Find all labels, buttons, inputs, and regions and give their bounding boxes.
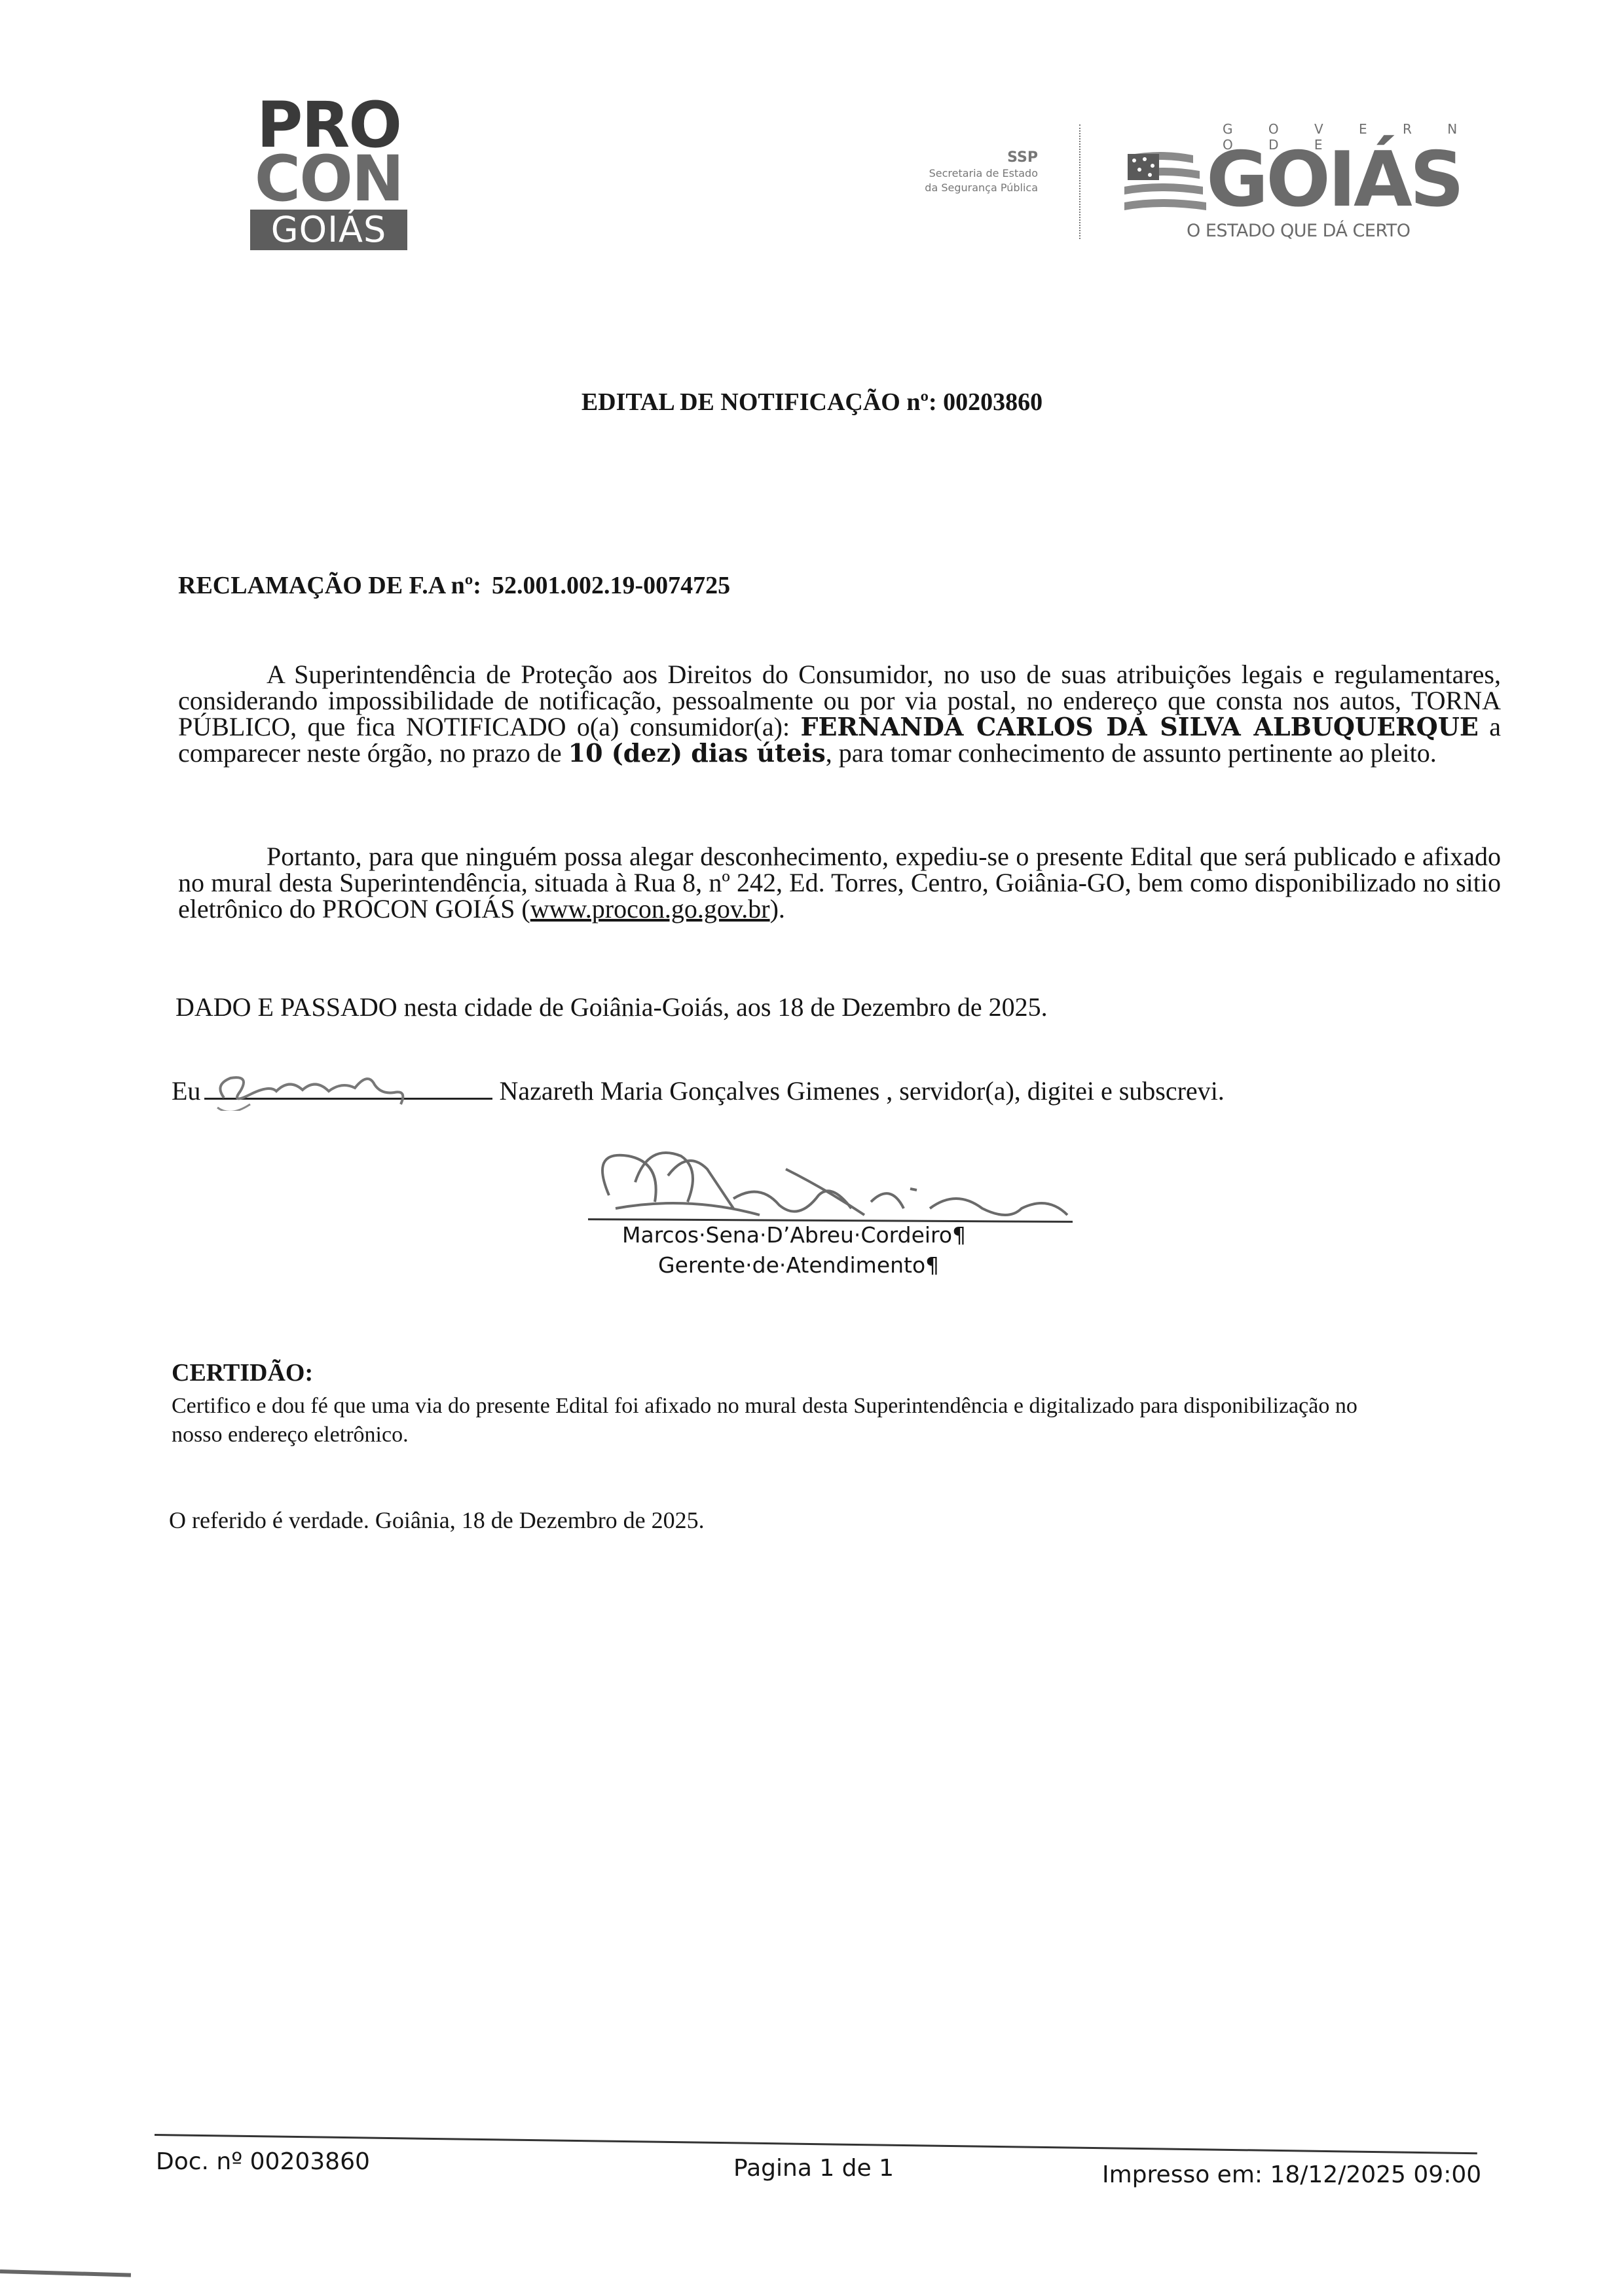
reclamacao-label: RECLAMAÇÃO DE F.A nº: xyxy=(178,572,481,599)
signatory-role: Gerente·de·Atendimento¶ xyxy=(658,1252,939,1278)
footer-printed-date: Impresso em: 18/12/2025 09:00 xyxy=(1102,2161,1481,2188)
paragraph2-end: ). xyxy=(770,894,785,924)
reclamacao-number: 52.001.002.19-0074725 xyxy=(492,572,730,599)
certidao-text: Certifico e dou fé que uma via do presen… xyxy=(172,1392,1403,1449)
certidao-title: CERTIDÃO: xyxy=(172,1358,313,1387)
goias-flag-icon xyxy=(1121,149,1219,221)
procon-goias-logo: PRO CON GOIÁS xyxy=(250,98,407,250)
consumer-name: FERNANDA CARLOS DA SILVA ALBUQUERQUE xyxy=(800,712,1478,741)
ssp-logo: SSP Secretaria de Estado da Segurança Pú… xyxy=(891,149,1038,195)
signatory-name: Marcos·Sena·D’Abreu·Cordeiro¶ xyxy=(622,1222,966,1248)
deadline: 10 (dez) dias úteis xyxy=(568,738,826,768)
goias-slogan: O ESTADO QUE DÁ CERTO xyxy=(1187,221,1411,241)
notification-paragraph: A Superintendência de Proteção aos Direi… xyxy=(178,662,1501,766)
ssp-abbr: SSP xyxy=(891,149,1038,166)
procon-logo-band: GOIÁS xyxy=(250,210,407,250)
certidao-closing: O referido é verdade. Goiânia, 18 de Dez… xyxy=(169,1506,705,1534)
reclamacao-line: RECLAMAÇÃO DE F.A nº:52.001.002.19-00747… xyxy=(178,571,730,600)
governo-goias-logo: G O V E R N O D E GOIÁS O ESTADO QUE DÁ … xyxy=(1121,121,1475,252)
manager-signature-icon xyxy=(589,1143,1087,1222)
paragraph1-end: , para tomar conhecimento de assunto per… xyxy=(826,738,1437,768)
procon-website-link[interactable]: www.procon.go.gov.br xyxy=(530,894,770,924)
dado-passado-line: DADO E PASSADO nesta cidade de Goiânia-G… xyxy=(175,992,1048,1022)
procon-logo-line2: CON xyxy=(250,152,407,206)
scan-artifact xyxy=(0,2269,131,2277)
logo-divider xyxy=(1079,124,1080,239)
eu-prefix: Eu xyxy=(172,1076,200,1106)
clerk-statement: Nazareth Maria Gonçalves Gimenes , servi… xyxy=(499,1076,1224,1106)
clerk-signature-icon xyxy=(211,1058,427,1111)
ssp-line2: da Segurança Pública xyxy=(891,181,1038,195)
goias-wordmark: GOIÁS xyxy=(1206,136,1462,224)
paragraph2-text: Portanto, para que ninguém possa alegar … xyxy=(178,842,1501,924)
publication-paragraph: Portanto, para que ninguém possa alegar … xyxy=(178,844,1501,922)
footer-page-number: Pagina 1 de 1 xyxy=(733,2155,894,2182)
ssp-line1: Secretaria de Estado xyxy=(891,166,1038,181)
clerk-signature-line xyxy=(204,1078,492,1100)
edital-title: EDITAL DE NOTIFICAÇÃO nº: 00203860 xyxy=(0,388,1624,417)
subscription-line: Eu Nazareth Maria Gonçalves Gimenes , se… xyxy=(172,1075,1225,1106)
footer-doc-number: Doc. nº 00203860 xyxy=(156,2148,370,2175)
